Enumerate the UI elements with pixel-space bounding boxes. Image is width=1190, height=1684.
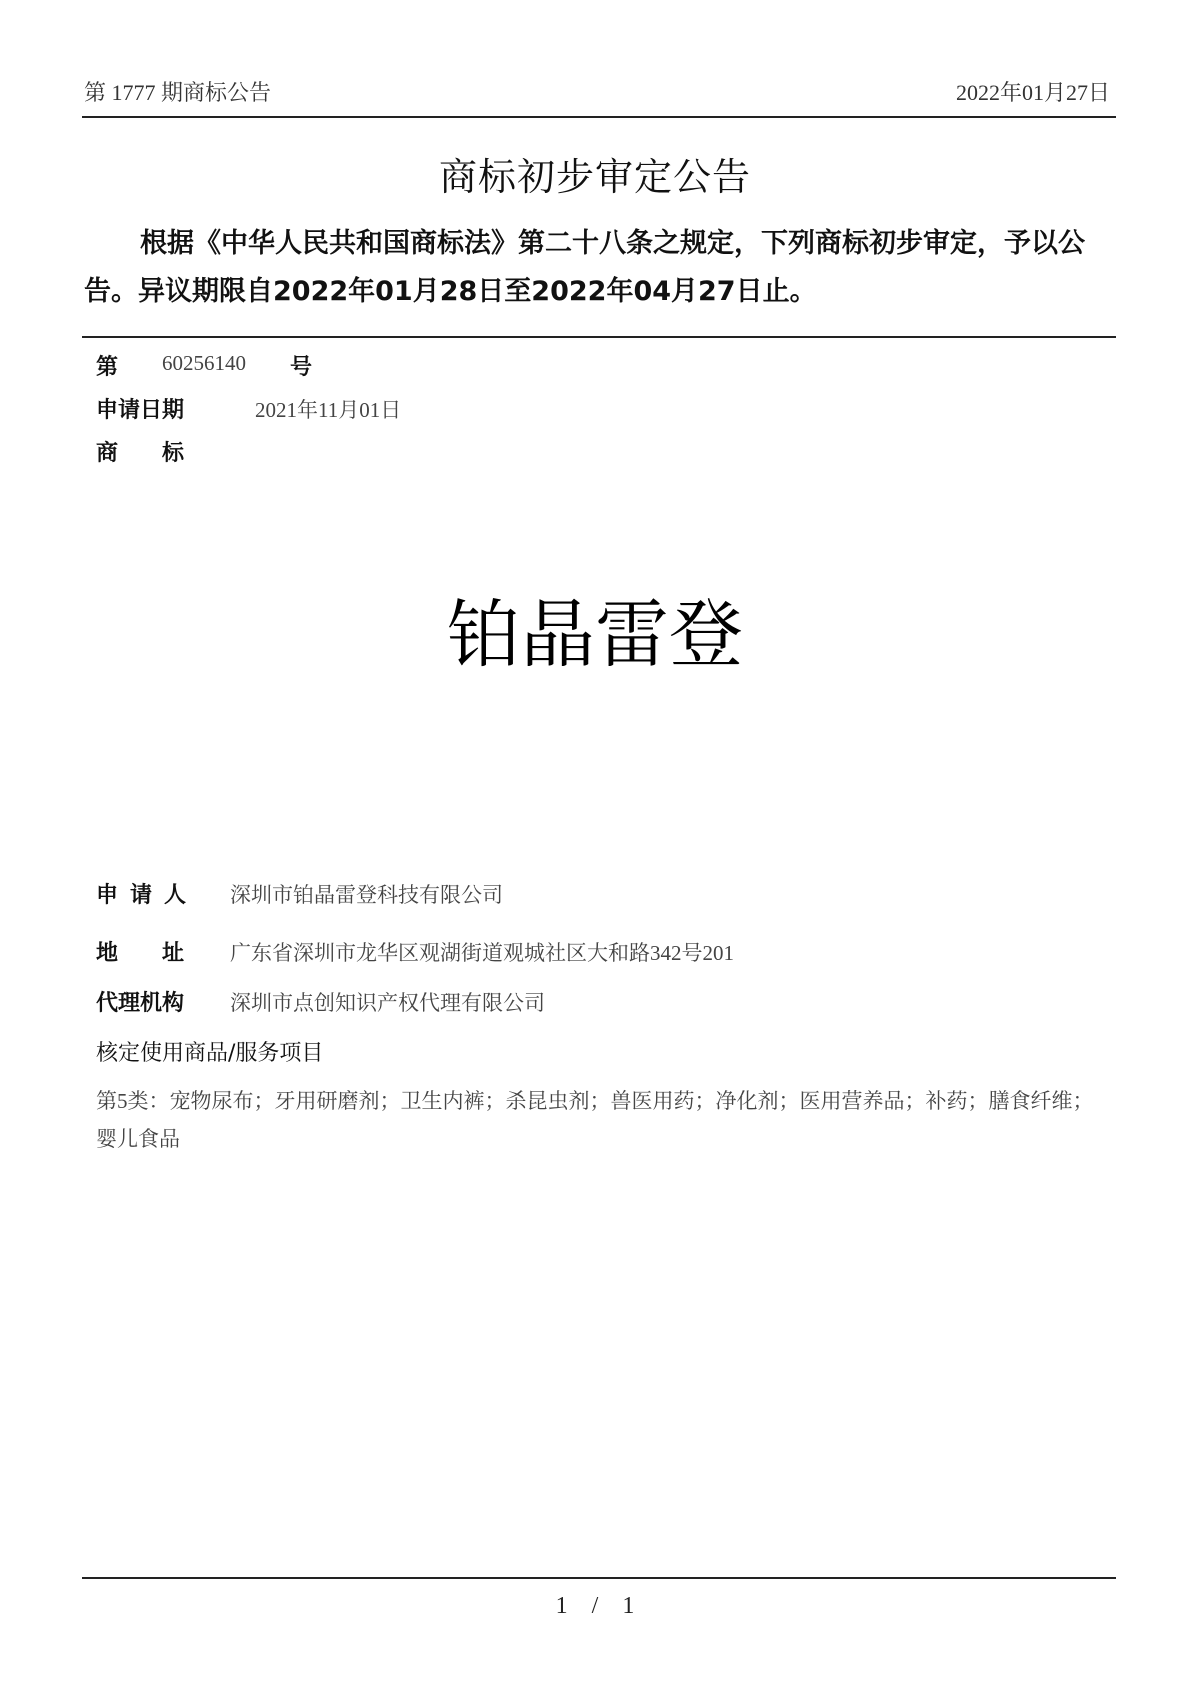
intro-paragraph: 根据《中华人民共和国商标法》第二十八条之规定，下列商标初步审定，予以公告。异议期… bbox=[84, 220, 1114, 316]
registration-number-suffix: 号 bbox=[290, 350, 312, 381]
address: 广东省深圳市龙华区观湖街道观城社区大和路342号201 bbox=[230, 937, 734, 967]
footer-divider bbox=[82, 1577, 1116, 1579]
goods-services-label: 核定使用商品/服务项目 bbox=[96, 1036, 323, 1067]
page-title: 商标初步审定公告 bbox=[0, 146, 1190, 201]
agent-label: 代理机构 bbox=[96, 986, 184, 1017]
issue-number: 第 1777 期商标公告 bbox=[84, 76, 271, 107]
header-date: 2022年01月27日 bbox=[956, 76, 1110, 107]
address-label: 地址 bbox=[96, 936, 228, 967]
page-number: 1 / 1 bbox=[0, 1593, 1190, 1620]
applicant: 深圳市铂晶雷登科技有限公司 bbox=[230, 879, 503, 909]
filing-date-label: 申请日期 bbox=[96, 393, 184, 424]
registration-number: 60256140 bbox=[162, 351, 246, 376]
registration-number-label: 第 bbox=[96, 350, 118, 381]
goods-services-list: 第5类：宠物尿布；牙用研磨剂；卫生内裤；杀昆虫剂；兽医用药；净化剂；医用营养品；… bbox=[96, 1082, 1106, 1158]
agent: 深圳市点创知识产权代理有限公司 bbox=[230, 987, 545, 1017]
trademark-image: 铂晶雷登 bbox=[0, 576, 1190, 682]
trademark-label: 商标 bbox=[96, 436, 228, 467]
filing-date: 2021年11月01日 bbox=[255, 394, 401, 424]
section-divider bbox=[82, 336, 1116, 338]
header-divider bbox=[82, 116, 1116, 118]
applicant-label: 申请人 bbox=[96, 878, 198, 909]
